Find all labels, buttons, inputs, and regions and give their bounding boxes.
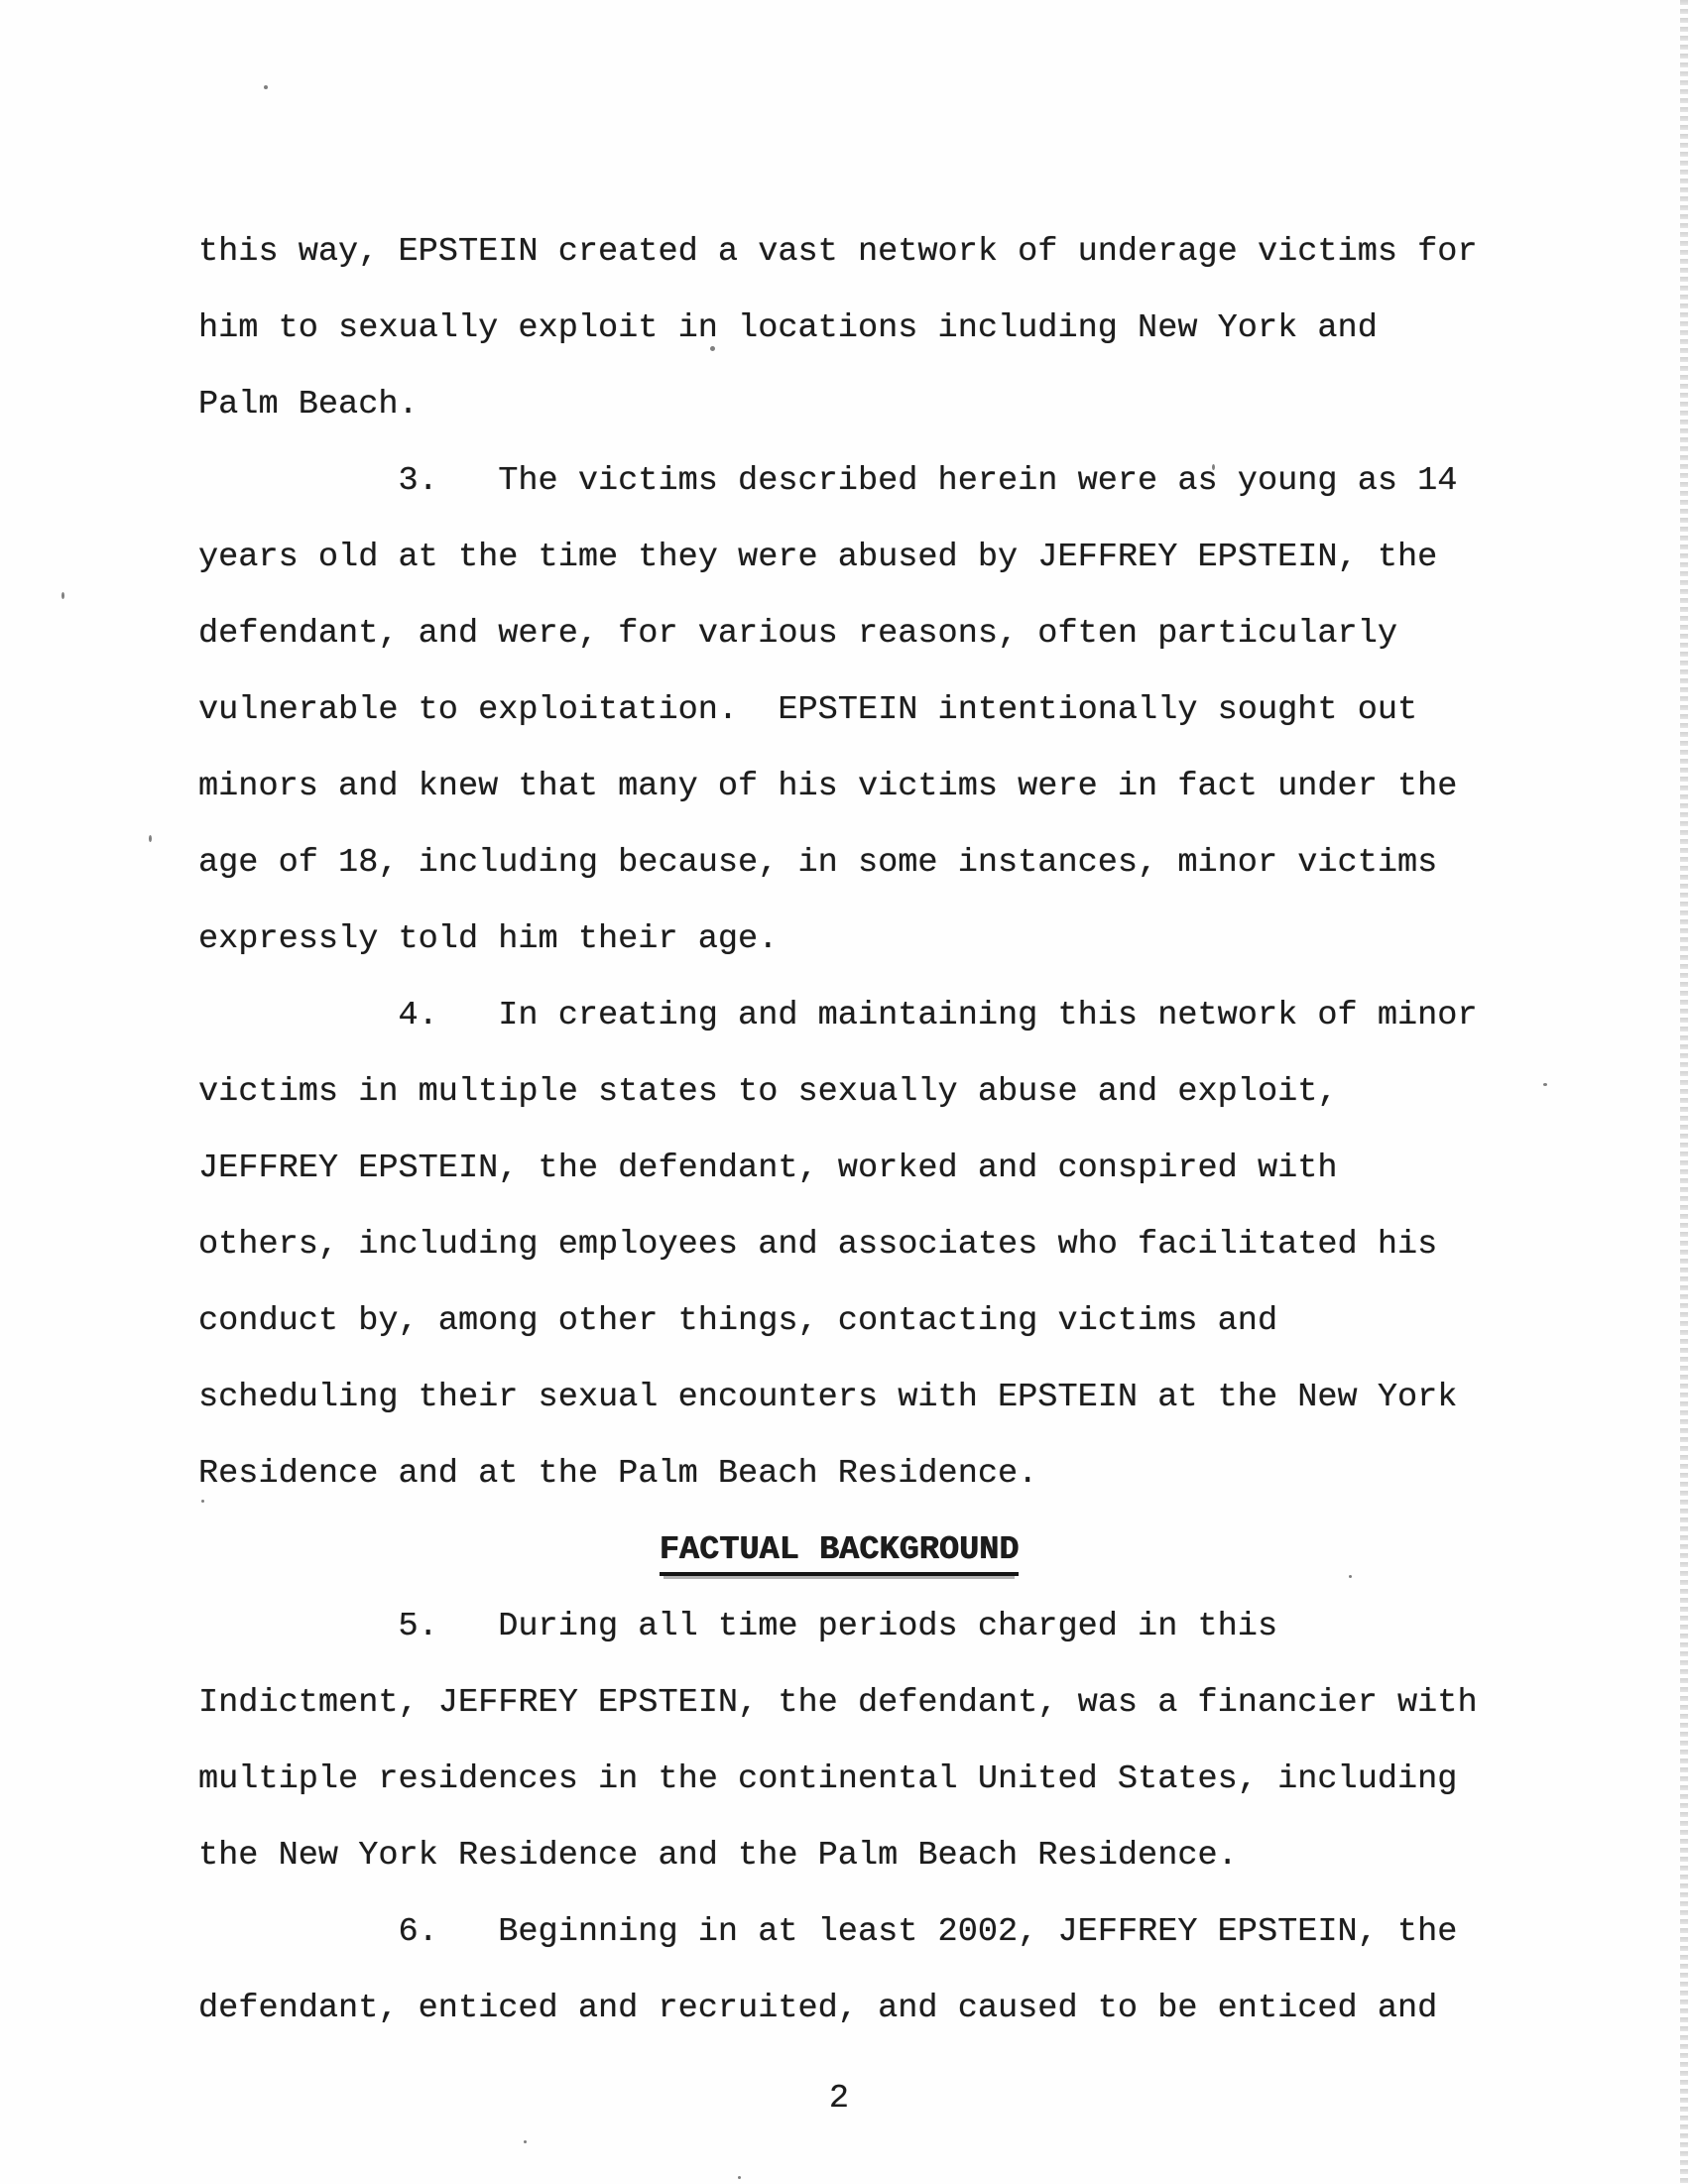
scan-speck [61, 592, 64, 599]
scan-speck [1349, 1575, 1352, 1578]
section-heading-line: FACTUAL BACKGROUND [198, 1513, 1480, 1589]
document-line: 6. Beginning in at least 2002, JEFFREY E… [198, 1894, 1480, 1971]
document-line: defendant, and were, for various reasons… [198, 596, 1480, 672]
document-line: this way, EPSTEIN created a vast network… [198, 214, 1480, 291]
document-line: defendant, enticed and recruited, and ca… [198, 1971, 1480, 2047]
scan-noise-band [1680, 0, 1688, 2184]
document-body: this way, EPSTEIN created a vast network… [198, 214, 1480, 2047]
document-line: Residence and at the Palm Beach Residenc… [198, 1436, 1480, 1513]
scan-speck [1543, 1083, 1547, 1086]
document-line: minors and knew that many of his victims… [198, 749, 1480, 825]
document-line: JEFFREY EPSTEIN, the defendant, worked a… [198, 1131, 1480, 1207]
document-line: Palm Beach. [198, 367, 1480, 443]
scan-speck [264, 85, 268, 89]
document-line: the New York Residence and the Palm Beac… [198, 1818, 1480, 1894]
document-line: Indictment, JEFFREY EPSTEIN, the defenda… [198, 1665, 1480, 1742]
document-line: others, including employees and associat… [198, 1207, 1480, 1283]
document-line: vulnerable to exploitation. EPSTEIN inte… [198, 672, 1480, 749]
document-line: 3. The victims described herein were as … [198, 443, 1480, 520]
scan-speck [1212, 464, 1215, 470]
document-line: expressly told him their age. [198, 902, 1480, 978]
document-line: him to sexually exploit in locations inc… [198, 291, 1480, 367]
document-line: 5. During all time periods charged in th… [198, 1589, 1480, 1665]
scan-speck [201, 1500, 204, 1503]
scan-speck [738, 2176, 741, 2179]
document-line: 4. In creating and maintaining this netw… [198, 978, 1480, 1054]
scan-speck [524, 2140, 527, 2143]
document-line: scheduling their sexual encounters with … [198, 1360, 1480, 1436]
document-line: multiple residences in the continental U… [198, 1742, 1480, 1818]
document-line: years old at the time they were abused b… [198, 520, 1480, 596]
document-line: conduct by, among other things, contacti… [198, 1283, 1480, 1360]
document-line: age of 18, including because, in some in… [198, 825, 1480, 902]
scan-speck [710, 346, 715, 351]
document-page: this way, EPSTEIN created a vast network… [0, 0, 1689, 2184]
section-heading: FACTUAL BACKGROUND [660, 1531, 1020, 1576]
document-line: victims in multiple states to sexually a… [198, 1054, 1480, 1131]
scan-speck [149, 835, 152, 842]
page-number: 2 [198, 2061, 1480, 2137]
